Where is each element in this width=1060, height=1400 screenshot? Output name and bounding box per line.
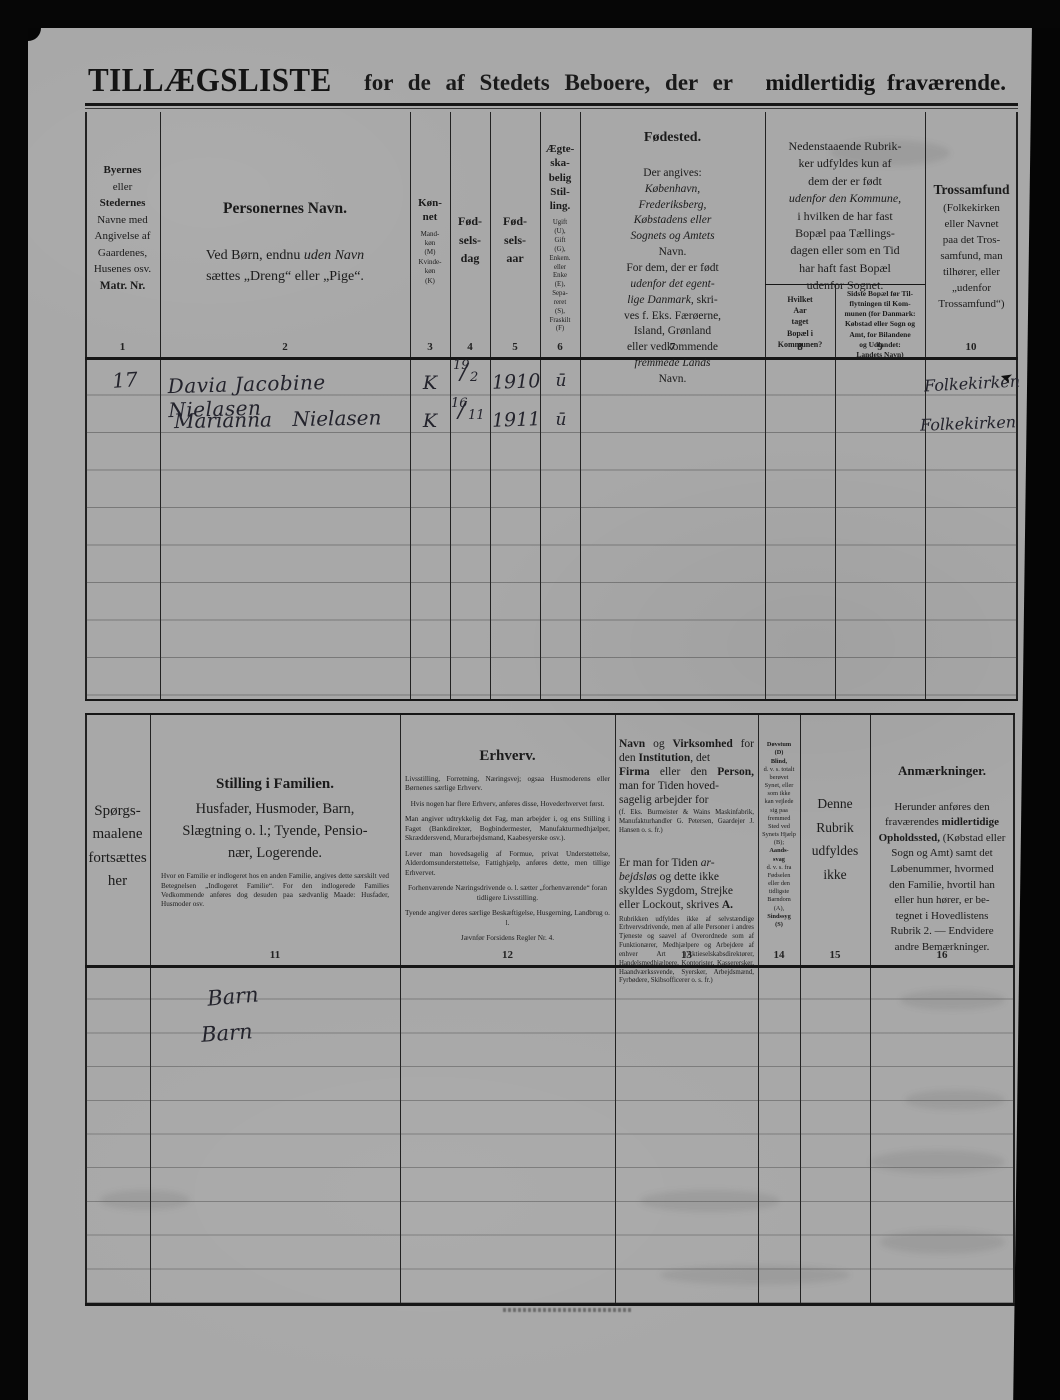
col13-small1: (f. Eks. Burmeister & Wains Maskinfabrik… [619, 809, 754, 835]
col14-blind: Blind, [771, 758, 787, 765]
col7-c: Navn. [659, 246, 687, 258]
col13-a3: Virksomhed [672, 738, 732, 750]
t1-col10-header: Trossamfund (Folkekirken eller Navnet pa… [927, 182, 1016, 313]
col12-p1: Livsstilling, Forretning, Næringsvej; og… [405, 774, 610, 793]
row2-birthyear: 1911 [492, 408, 539, 432]
t2-side-label: Spørgs- maalene fortsættes her [87, 800, 148, 893]
t1-num-8: 8 [765, 341, 835, 353]
col2-text-a: Ved Børn, endnu [206, 248, 304, 263]
row2-person-name: Marianna Nielasen [174, 405, 412, 433]
row1-birthday: 19 ∕ 2 [453, 358, 491, 392]
row2-marital-status: ū [544, 410, 578, 430]
t1-col2-header: Personernes Navn. Ved Børn, endnu uden N… [165, 200, 405, 287]
col1-head-matr: Matr. Nr. [100, 280, 145, 292]
col11-small-text: Hvor en Familie er indlogeret hos en and… [155, 872, 395, 909]
col10-subtext: (Folkekirken eller Navnet paa det Tros- … [927, 201, 1016, 313]
col1-head-byernes: Byernes [104, 164, 142, 176]
col13-a6: , det [690, 752, 710, 764]
t2-num-11: 11 [150, 949, 400, 961]
t1-num-7: 7 [580, 341, 765, 353]
col2-text-b: uden Navn [304, 248, 364, 263]
t2-col11-header: Stilling i Familien. Husfader, Husmoder,… [155, 776, 395, 910]
col6-title: Ægte- ska- belig Stil- ling. [541, 142, 579, 213]
t1-num-3: 3 [410, 341, 450, 353]
bleedthrough-smudge [900, 990, 1005, 1010]
col7-title: Fødested. [582, 130, 763, 146]
col10-title: Trossamfund [927, 182, 1016, 198]
title-rule-thick [85, 103, 1018, 106]
col89-c: i hvilken de har fast Bopæl paa Tællings… [790, 209, 899, 293]
col12-p2: Hvis nogen har flere Erhverv, anføres di… [405, 799, 610, 808]
t2-col12-header: Erhverv. Livsstilling, Forretning, Nærin… [405, 748, 610, 943]
col3-title: Køn- net [411, 196, 449, 225]
t2-col14-header: Døvstum (D) Blind, d. v. s. totalt berøv… [759, 733, 799, 929]
col7-a: Der angives: [643, 167, 701, 179]
t1-num-1: 1 [85, 341, 160, 353]
t2-col13-header: Navn og Virksomhed for den Institution, … [619, 723, 754, 986]
row2-birthday-month: 11 [468, 408, 485, 423]
row2-sex: K [412, 410, 448, 432]
col13-a8: eller den [650, 766, 718, 778]
col12-p3: Man angiver udtrykkelig det Fag, man arb… [405, 814, 610, 842]
col7-g: fremmede Lands [635, 357, 711, 369]
col11-main-text: Husfader, Husmoder, Barn, Slægtning o. l… [155, 799, 395, 864]
col13-b1: Er man for Tiden [619, 857, 701, 869]
col89-b: udenfor den Kommune, [789, 191, 901, 205]
t1-col4-header: Fød- sels- dag [451, 212, 489, 268]
col13-b4: A. [722, 899, 733, 911]
col12-p5: Forhenværende Næringsdrivende o. l. sætt… [405, 883, 610, 902]
bleedthrough-smudge [830, 140, 950, 166]
col13-a7: Firma [619, 766, 650, 778]
col14-dovstum: Døvstum (D) [767, 741, 791, 756]
bleedthrough-smudge [640, 1190, 780, 1212]
col12-p7: Jævnfør Forsidens Regler Nr. 4. [405, 933, 610, 942]
col14-text1: d. v. s. totalt berøvet Synet, eller som… [762, 766, 796, 847]
title-word-main: TILLÆGSLISTE [88, 61, 332, 100]
t1-num-10: 10 [925, 341, 1017, 353]
t2-col15-header: Denne Rubrik udfyldes ikke [802, 792, 868, 887]
t1-num-4: 4 [450, 341, 490, 353]
col7-d: For dem, der er født [626, 262, 718, 274]
t2-body-ruling [86, 966, 1014, 1303]
bleedthrough-smudge [870, 1150, 1005, 1174]
row2-birthday-slash: ∕ [458, 398, 465, 423]
t1-num-5: 5 [490, 341, 540, 353]
t2-num-16: 16 [870, 949, 1014, 961]
title-middle: for de af Stedets Beboere, der er [364, 70, 733, 96]
col16-title: Anmærkninger. [876, 763, 1008, 779]
col14-sindssyg: Sindssyg (S) [767, 913, 790, 928]
t1-border-bottom [85, 699, 1018, 701]
bleedthrough-smudge [660, 1265, 850, 1285]
col7-b: København, Frederiksberg, Købstadens ell… [630, 183, 714, 243]
t2-border-bottom [85, 1303, 1015, 1306]
printer-mark [503, 1308, 631, 1312]
t1-num-2: 2 [160, 341, 410, 353]
t1-num-9: 9 [835, 341, 925, 353]
t2-num-13: 13 [615, 949, 758, 961]
scanned-census-page: TILLÆGSLISTE for de af Stedets Beboere, … [0, 0, 1060, 1400]
bleedthrough-smudge [880, 1230, 1005, 1254]
t1-col6-header: Ægte- ska- belig Stil- ling. Ugift (U), … [541, 142, 579, 334]
row1-birthyear: 1910 [492, 370, 539, 394]
col2-text-c: sættes „Dreng“ eller „Pige“. [206, 269, 364, 284]
col13-a10: man for Tiden hoved- sagelig arbejder fo… [619, 780, 719, 806]
col13-a5: Institution [638, 752, 690, 764]
col7-h: Navn. [659, 373, 687, 385]
col6-subtext: Ugift (U), Gift (G), Enkem. eller Enke (… [541, 219, 579, 334]
col12-p4: Lever man hovedsagelig af Formue, privat… [405, 849, 610, 877]
row1-sex: K [412, 372, 448, 394]
t2-border-top [85, 713, 1015, 715]
t2-num-15: 15 [800, 949, 870, 961]
row2-trossamfund: Folkekirken [920, 412, 1017, 434]
col16-c: (Købstad eller Sogn og Amt) samt det Løb… [889, 832, 1005, 953]
col13-a2: og [645, 738, 672, 750]
col1-head-navne: Navne med Angivelse af Gaardenes, Husene… [94, 214, 151, 276]
col12-p6: Tyende angiver deres særlige Beskæftigel… [405, 908, 610, 927]
col14-aandssvag: Aands- svag [769, 847, 788, 862]
t1-col5-header: Fød- sels- aar [491, 212, 539, 268]
row2-birthday: 16 ∕ 11 [451, 396, 489, 430]
col1-head-eller: eller [113, 181, 133, 193]
t2-num-12: 12 [400, 949, 615, 961]
title-rule-thin [85, 108, 1018, 109]
col3-subtext: Mand- køn (M) Kvinde- køn (K) [411, 230, 449, 287]
col1-head-stedernes: Stedernes [100, 197, 146, 209]
col14-text2: d. v. s. fra Fødselen eller den tidligst… [767, 864, 792, 912]
t1-col1-header: Byernes eller Stedernes Navne med Angive… [87, 162, 158, 295]
title-word-end: midlertidig fraværende. [765, 70, 1006, 96]
row1-birthday-month: 2 [470, 370, 478, 385]
col13-a9: Person, [717, 766, 754, 778]
bleedthrough-smudge [100, 1190, 190, 1210]
t1-col3-header: Køn- net Mand- køn (M) Kvinde- køn (K) [411, 196, 449, 286]
t2-num-14: 14 [758, 949, 800, 961]
row1-marital-status: ū [544, 371, 578, 391]
t2-col16-header: Anmærkninger. Herunder anføres den fravæ… [876, 763, 1008, 956]
row1-birthday-slash: ∕ [460, 360, 467, 385]
bleedthrough-smudge [905, 1090, 1005, 1110]
t1-num-6: 6 [540, 341, 580, 353]
col2-title: Personernes Navn. [165, 200, 405, 218]
col13-a1: Navn [619, 738, 645, 750]
row1-matr-nr: 17 [94, 366, 156, 394]
page-title: TILLÆGSLISTE for de af Stedets Beboere, … [88, 62, 1006, 98]
col12-title: Erhverv. [405, 748, 610, 765]
col11-title: Stilling i Familien. [155, 776, 395, 793]
